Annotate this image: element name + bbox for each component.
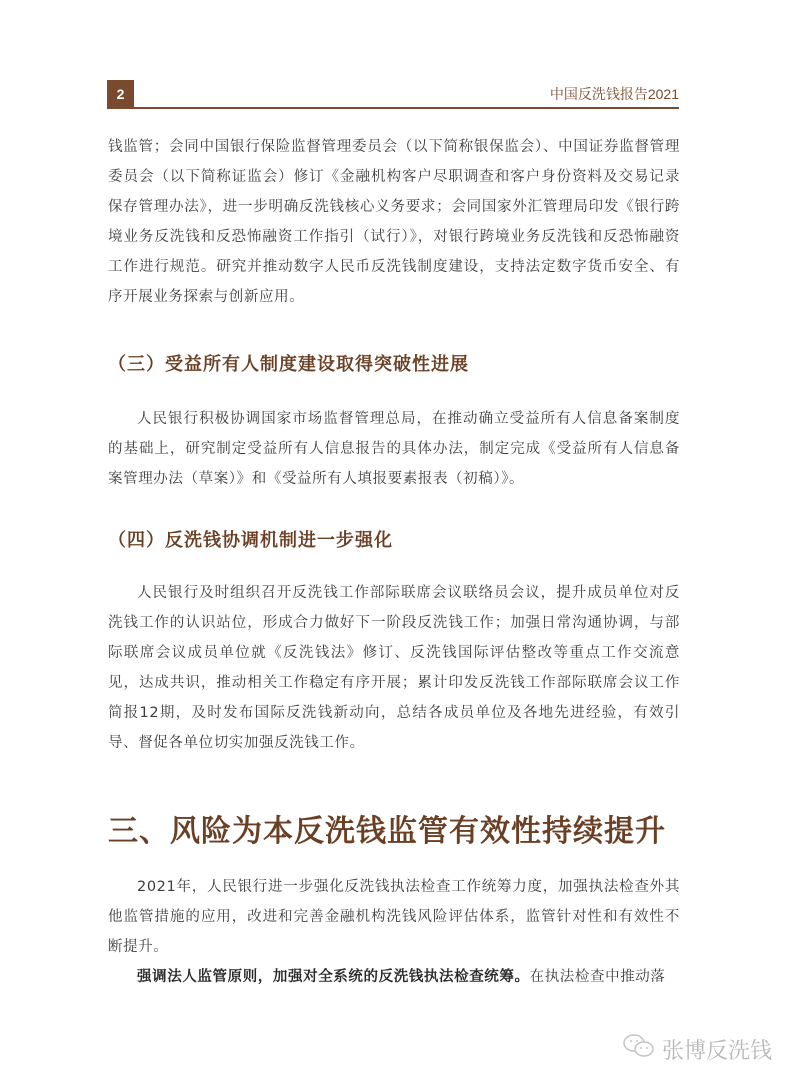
paragraph-5-text: 在执法检查中推动落 [530, 969, 666, 985]
page-content: 钱监管；会同中国银行保险监督管理委员会（以下简称银保监会）、中国证券监督管理委员… [108, 132, 680, 992]
watermark: 张博反洗钱 [622, 1033, 772, 1065]
paragraph-5-lead: 强调法人监管原则，加强对全系统的反洗钱执法检查统筹。 [137, 969, 530, 985]
paragraph-4: 2021年，人民银行进一步强化反洗钱执法检查工作统筹力度，加强执法检查外其他监管… [108, 872, 680, 962]
subheading-4: （四）反洗钱协调机制进一步强化 [108, 526, 680, 552]
watermark-text: 张博反洗钱 [662, 1034, 772, 1065]
wechat-icon [622, 1033, 656, 1065]
section-heading: 三、风险为本反洗钱监管有效性持续提升 [108, 806, 680, 850]
paragraph-3: 人民银行及时组织召开反洗钱工作部际联席会议联络员会议，提升成员单位对反洗钱工作的… [108, 578, 680, 758]
paragraph-2: 人民银行积极协调国家市场监督管理总局，在推动确立受益所有人信息备案制度的基础上，… [108, 404, 680, 494]
subheading-3: （三）受益所有人制度建设取得突破性进展 [108, 350, 680, 376]
page-number: 2 [107, 80, 134, 107]
running-title: 中国反洗钱报告2021 [550, 84, 679, 104]
page-header: 2 中国反洗钱报告2021 [107, 80, 679, 109]
paragraph-1: 钱监管；会同中国银行保险监督管理委员会（以下简称银保监会）、中国证券监督管理委员… [108, 132, 680, 312]
paragraph-5: 强调法人监管原则，加强对全系统的反洗钱执法检查统筹。在执法检查中推动落 [108, 962, 680, 992]
